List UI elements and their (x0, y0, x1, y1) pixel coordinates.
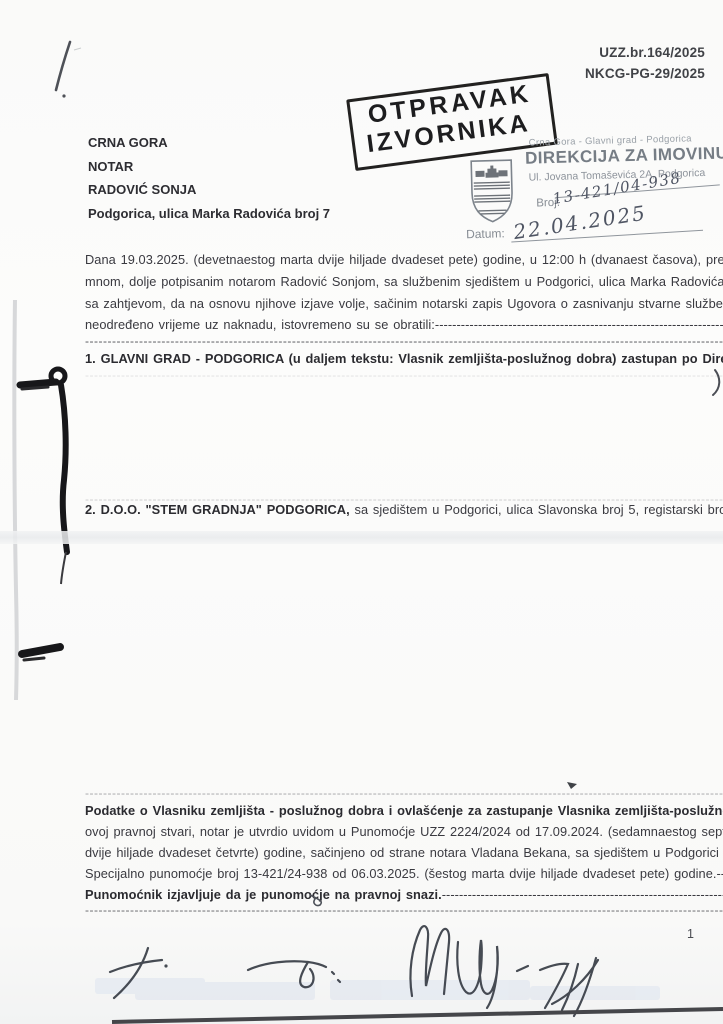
page-edge-shadow (112, 1009, 723, 1022)
pen-mark-top-left (40, 30, 100, 110)
pen-curl-mark (705, 368, 723, 398)
reference-numbers: UZZ.br.164/2025 NKCG-PG-29/2025 (585, 42, 705, 84)
notary-name: RADOVIĆ SONJA (88, 178, 330, 202)
dashed-divider-2: ----------------------------------------… (85, 786, 723, 800)
faded-text-remnant-1: ----------------------------------------… (85, 368, 723, 382)
notary-header: CRNA GORA NOTAR RADOVIĆ SONJA Podgorica,… (88, 131, 330, 225)
party1-item: 1. GLAVNI GRAD - PODGORICA (u daljem tek… (85, 351, 723, 366)
dashed-divider-1: ----------------------------------------… (85, 334, 723, 348)
direkcija-receipt-stamp: Crna Gora - Glavni grad - Podgorica DIRE… (458, 127, 723, 256)
notary-address: Podgorica, ulica Marka Radovića broj 7 (88, 202, 330, 226)
paragraph1-line4: neodređeno vrijeme uz naknadu, istovreme… (85, 317, 723, 332)
ref-uzz-number: UZZ.br.164/2025 (585, 42, 705, 63)
signature-scribbles (80, 900, 723, 1024)
paragraph2-line4: Specijalno punomoćje broj 13-421/24-938 … (85, 866, 723, 881)
scanned-document-page: UZZ.br.164/2025 NKCG-PG-29/2025 OTPRAVAK… (0, 0, 723, 1024)
notary-role: NOTAR (88, 155, 330, 179)
scan-band-artifact (0, 531, 723, 544)
paragraph1-line1: Dana 19.03.2025. (devetnaestog marta dvi… (85, 252, 723, 267)
paragraph2-line1: Podatke o Vlasniku zemljišta - poslužnog… (85, 803, 723, 818)
paragraph1-line2: mnom, dolje potpisanim notarom Radović S… (85, 274, 723, 289)
paragraph2-line2: ovoj pravnoj stvari, notar je utvrdio uv… (85, 824, 723, 839)
party2-name: 2. D.O.O. "STEM GRADNJA" PODGORICA, (85, 502, 350, 517)
party2-details: sa sjedištem u Podgorici, ulica Slavonsk… (350, 502, 723, 517)
notary-country: CRNA GORA (88, 131, 330, 155)
paragraph2-line3: dvije hiljade dvadeset četvrte) godine, … (85, 845, 719, 860)
podgorica-coat-of-arms-icon (467, 158, 517, 225)
paragraph1-line3: sa zahtjevom, da na osnovu njihove izjav… (85, 296, 723, 311)
datum-label: Datum: (466, 226, 505, 241)
receipt-title: DIREKCIJA ZA IMOVINU (525, 143, 723, 168)
party2-item: 2. D.O.O. "STEM GRADNJA" PODGORICA, sa s… (85, 502, 723, 517)
ref-nkcg-number: NKCG-PG-29/2025 (585, 63, 705, 84)
